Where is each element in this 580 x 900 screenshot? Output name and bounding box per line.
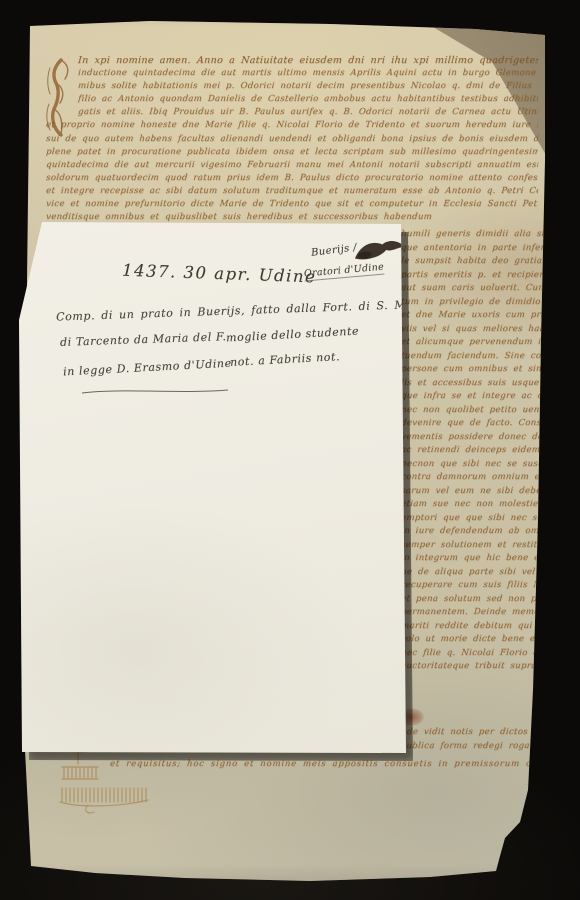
manuscript-line: lis et accessibus suis usque in vias: [400, 377, 543, 391]
underline-flourish-icon: [80, 386, 230, 396]
manuscript-line: filio ac Antonio quondam Danielis de Cas…: [77, 93, 538, 106]
manuscript-line: le sumpsit habita deo gratias hanc: [400, 255, 543, 269]
archivist-note: Buerijs / Oratori d'Udine 1437. 30 apr. …: [18, 220, 410, 756]
manuscript-right-column: humili generis dimidii alia sicque anten…: [401, 228, 543, 674]
manuscript-line: venditisque omnibus et quibuslibet suis …: [45, 211, 538, 224]
manuscript-line: nec filie q. Nicolai Florio de: [400, 647, 543, 661]
manuscript-line: recuperare cum suis filiis Nicolaus: [400, 579, 543, 593]
manuscript-line: in integrum que hic bene esse alie: [400, 552, 543, 566]
manuscript-line: sui de quo autem habens facultas alienan…: [45, 133, 538, 146]
manuscript-line: et alicumque pervenendum in sta: [400, 336, 543, 350]
photo-stage: In xpi nomine amen. Anno a Natiuitate ei…: [0, 0, 580, 900]
manuscript-line: viis vel si quas meliores habet co: [400, 323, 543, 337]
manuscript-line: quintadecima die aut mercurii vigesimo F…: [45, 159, 538, 172]
note-body-line3: in legge D. Erasmo d'Udine: [63, 357, 232, 379]
manuscript-line: permanentem. Deinde memoriter: [400, 606, 543, 620]
manuscript-closing-lines: inde vidit notis per dictos omnibuspubli…: [398, 726, 544, 753]
manuscript-line: ne de aliqua parte sibi vel in docu: [400, 566, 543, 580]
manuscript-line: soldorum quatuordecim quod ratum prius i…: [45, 172, 538, 185]
manuscript-line: solo ut morie dicte bene essent: [400, 633, 543, 647]
manuscript-line: sarum vel eum ne sibi deberet de: [400, 485, 543, 499]
manuscript-line: et proprio nomine honeste dne Marie fili…: [45, 119, 538, 132]
date-heading: 1437. 30 apr. Udine: [122, 261, 317, 287]
manuscript-line: publica forma redegi rogatus: [397, 740, 544, 754]
manuscript-line: tuendum faciendum. Sine cont: [400, 350, 543, 364]
manuscript-line: aut suam caris uoluerit. Cum: [400, 282, 543, 296]
manuscript-line: semper solutionem et restitutionem: [400, 539, 543, 553]
manuscript-line: vice et nomine prefurnitorio dicte Marie…: [45, 198, 538, 211]
manuscript-line: mibus solite habitationis mei p. Odorici…: [77, 80, 538, 93]
note-body-line2: di Tarcento da Maria del F.: [60, 330, 227, 349]
manuscript-line: in iure defendendum ab omni homine: [400, 525, 543, 539]
manuscript-line: inductione quintadecima die aut martis u…: [77, 67, 538, 80]
manuscript-line: emptori que que sibi nec se omnia: [400, 512, 543, 526]
note-body-line2-right: moglie dello studente: [226, 325, 360, 345]
manuscript-line: plene patet in procuratione publicata ib…: [45, 146, 538, 159]
manuscript-line: et pena solutum sed non prefatis: [400, 593, 543, 607]
manuscript-line: nec non quolibet petito uendito sibi: [400, 404, 543, 418]
manuscript-line: inde vidit notis per dictos omnibus: [397, 726, 544, 740]
manuscript-line: etiam sue nec non molestie sue: [400, 498, 543, 512]
note-body-line1: Comp. di un prato in Buerijs, fatto dall…: [56, 297, 431, 323]
manuscript-line: mariti reddite debitum qui eidem: [400, 620, 543, 634]
manuscript-text-block: In xpi nomine amen. Anno a Natiuitate ei…: [46, 54, 538, 224]
manuscript-line: In xpi nomine amen. Anno a Natiuitate ei…: [77, 54, 538, 67]
manuscript-line: gatis et aliis. Ibiq Prouidus uir B. Pau…: [77, 106, 538, 119]
manuscript-line: contra damnorum omnium et expen: [400, 471, 543, 485]
manuscript-line: et integre recepisse ac sibi datum solut…: [45, 185, 538, 198]
manuscript-line: que infra se et integre ac cum iure: [400, 390, 543, 404]
manuscript-line: que antentoria in parte inferiori: [400, 242, 543, 256]
manuscript-line: persone cum omnibus et singu: [400, 363, 543, 377]
manuscript-line: ac retinendi deinceps eidem emptori: [400, 444, 543, 458]
manuscript-line: auctoritateque tribuit supradicto: [400, 660, 543, 674]
manuscript-line: et dne Marie uxoris cum prato: [400, 309, 543, 323]
manuscript-line: necnon que sibi nec se suscepit ne: [400, 458, 543, 472]
manuscript-line: vementis possidere donec de eo: [400, 431, 543, 445]
manuscript-line: devenire que de facto. Constituens: [400, 417, 543, 431]
manuscript-line: tum in privilegio de dimidio: [400, 296, 543, 310]
manuscript-line: humili generis dimidii alia sic: [400, 228, 543, 242]
note-body-line3-right: not. a Fabriis not.: [230, 350, 341, 369]
manuscript-line: partis emeritis p. et recipientis: [400, 269, 543, 283]
